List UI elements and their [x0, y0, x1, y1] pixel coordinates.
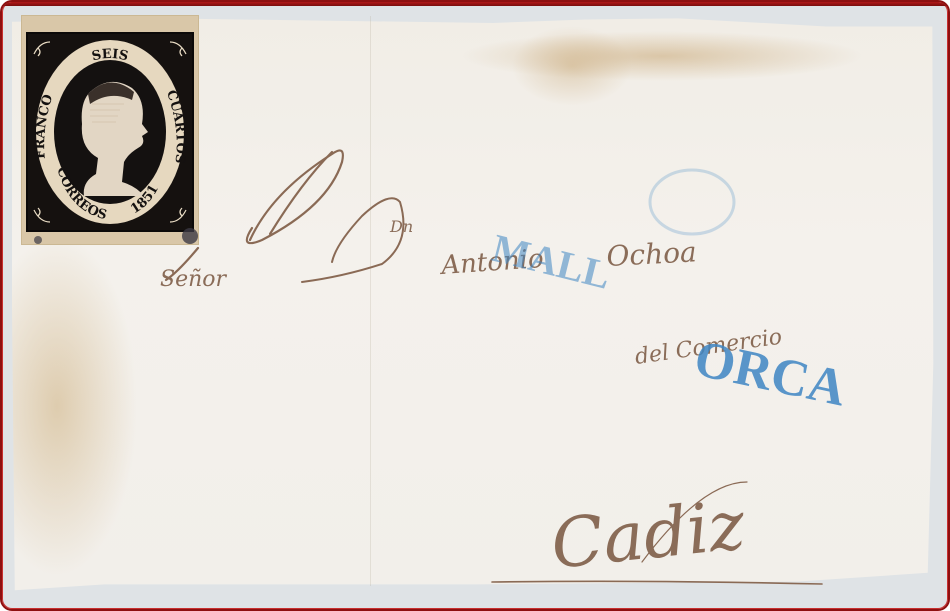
cover-markings: Señor Dn Antonio Ochoa del Comercio Cadi…	[2, 2, 948, 609]
flourish-d	[302, 198, 403, 282]
address-underline	[492, 581, 822, 584]
ink-blot	[182, 228, 198, 244]
image-frame: SEIS FRANCO CUARTOS CORREOS 1851 Señor D…	[0, 0, 950, 611]
name-line2: Ochoa	[606, 235, 698, 273]
flourish-s	[166, 150, 343, 280]
title-text: Dn	[389, 217, 413, 236]
city-text: Cadiz	[548, 486, 750, 585]
cancellation-partial: MALL	[488, 225, 615, 298]
salutation-text: Señor	[160, 267, 228, 292]
cancellation-stamp: MALL ORCA	[488, 170, 852, 418]
